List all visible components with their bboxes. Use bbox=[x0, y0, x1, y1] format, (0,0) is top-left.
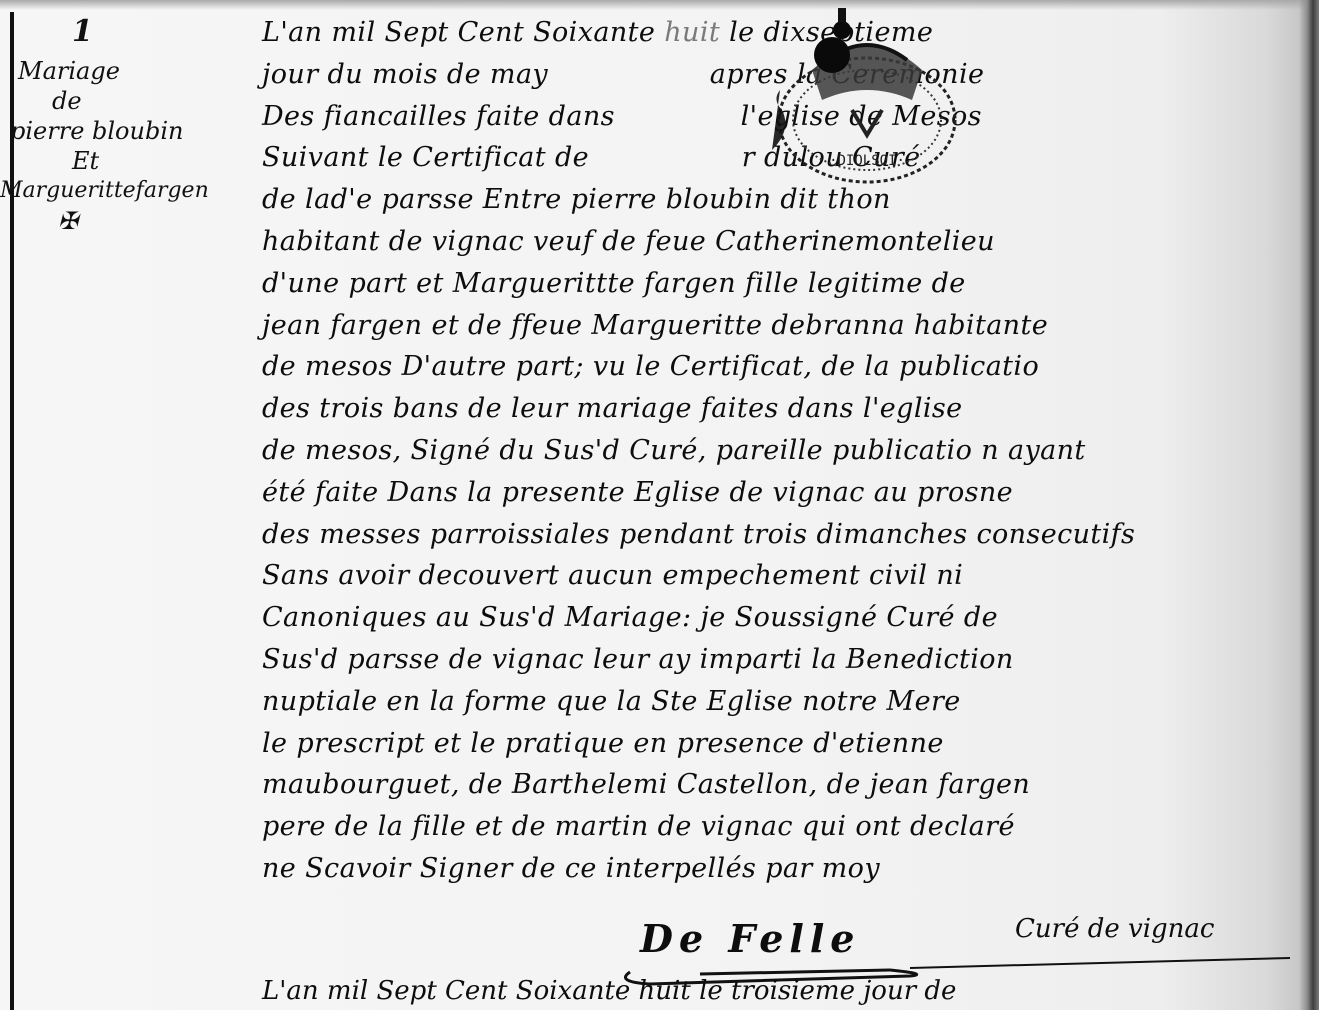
record-line: maubourguet, de Barthelemi Castellon, de… bbox=[262, 764, 1302, 806]
page-binding-edge bbox=[1299, 0, 1319, 1010]
record-line: été faite Dans la presente Eglise de vig… bbox=[262, 472, 1302, 514]
page-top-shadow bbox=[0, 0, 1319, 10]
record-line: de mesos D'autre part; vu le Certificat,… bbox=[262, 346, 1302, 388]
record-line: jean fargen et de ffeue Margueritte debr… bbox=[262, 305, 1302, 347]
record-line: ne Scavoir Signer de ce interpellés par … bbox=[262, 848, 1302, 890]
margin-note-line: pierre bloubin bbox=[0, 116, 255, 146]
record-line: Canoniques au Sus'd Mariage: je Soussign… bbox=[262, 597, 1302, 639]
margin-note-line: Marguerittefargen bbox=[0, 176, 255, 206]
priest-title: Curé de vignac bbox=[1015, 914, 1214, 944]
next-entry-partial-line: L'an mil Sept Cent Soixante huit le troi… bbox=[262, 976, 1302, 1006]
margin-note-line: Et bbox=[0, 146, 255, 176]
register-page: 1 Mariage de pierre bloubin Et Marguerit… bbox=[0, 0, 1319, 1010]
record-line: de mesos, Signé du Sus'd Curé, pareille … bbox=[262, 430, 1302, 472]
cross-mark-icon: ✠ bbox=[0, 206, 255, 236]
record-line: Sus'd parsse de vignac leur ay imparti l… bbox=[262, 639, 1302, 681]
record-line: habitant de vignac veuf de feue Catherin… bbox=[262, 221, 1302, 263]
margin-note: Mariage de pierre bloubin Et Margueritte… bbox=[0, 56, 255, 236]
record-line: des trois bans de leur mariage faites da… bbox=[262, 388, 1302, 430]
record-line: nuptiale en la forme que la Ste Eglise n… bbox=[262, 681, 1302, 723]
crown-seal-stamp-icon: ·DIOLSOI· bbox=[772, 0, 962, 190]
record-line: le prescript et le pratique en presence … bbox=[262, 723, 1302, 765]
record-line: des messes parroissiales pendant trois d… bbox=[262, 514, 1302, 556]
record-line: d'une part et Marguerittte fargen fille … bbox=[262, 263, 1302, 305]
record-line: Sans avoir decouvert aucun empechement c… bbox=[262, 555, 1302, 597]
margin-note-line: Mariage bbox=[0, 56, 255, 86]
record-line: pere de la fille et de martin de vignac … bbox=[262, 806, 1302, 848]
svg-text:·DIOLSOI·: ·DIOLSOI· bbox=[829, 153, 905, 169]
margin-note-line: de bbox=[0, 86, 255, 116]
entry-number: 1 bbox=[72, 14, 93, 49]
